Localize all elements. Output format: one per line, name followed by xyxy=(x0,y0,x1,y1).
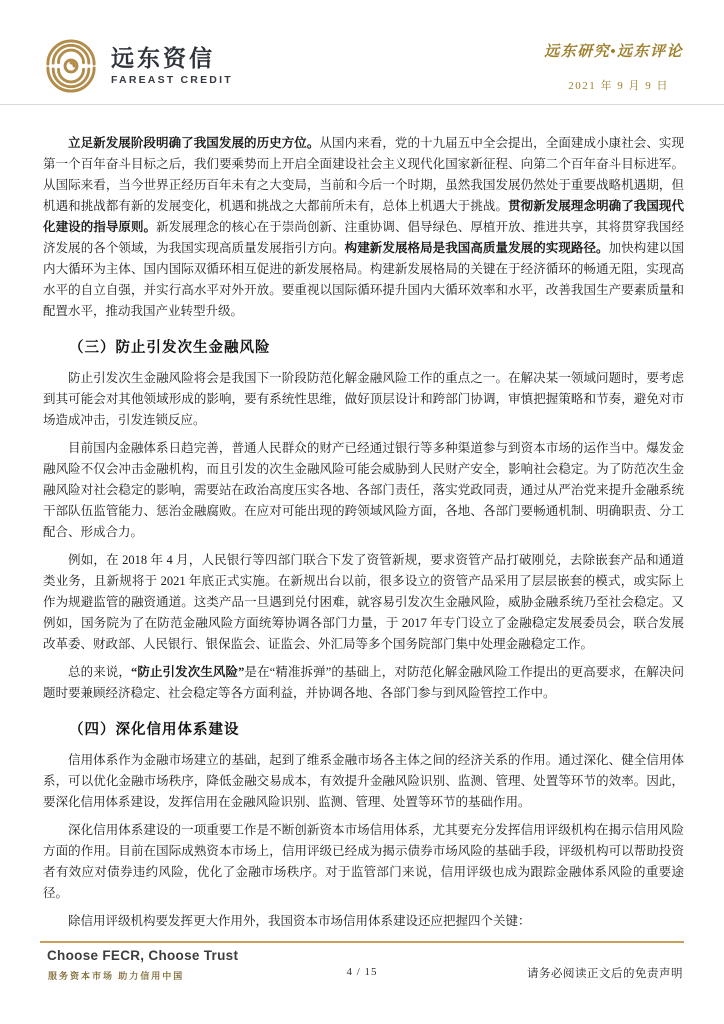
brand-text: 远东资信 FAREAST CREDIT xyxy=(111,46,233,85)
footer-slogan-en: Choose FECR, Choose Trust xyxy=(47,948,238,963)
paragraph-summary: 总的来说，“防止引发次生风险”是在“精准拆弹”的基础上，对防范化解金融风险工作提… xyxy=(43,662,684,704)
paragraph-secondary-risk-intro: 防止引发次生金融风险将会是我国下一阶段防范化解金融风险工作的重点之一。在解决某一… xyxy=(43,368,684,431)
paragraph-examples-2018-2017: 例如，在 2018 年 4 月，人民银行等四部门联合下发了资管新规，要求资管产品… xyxy=(43,550,684,655)
brand-name-cn: 远东资信 xyxy=(111,46,233,71)
header-divider xyxy=(0,104,724,105)
paragraph-four-keys: 除信用评级机构要发挥更大作用外，我国资本市场信用体系建设还应把握四个关键： xyxy=(43,911,684,932)
document-body: 立足新发展阶段明确了我国发展的历史方位。从国内来看，党的十九届五中全会提出，全面… xyxy=(43,133,684,939)
section-heading-4: （四）深化信用体系建设 xyxy=(43,720,684,741)
fareast-credit-logo-eye-icon xyxy=(44,39,98,93)
bold-run: 立足新发展阶段明确了我国发展的历史方位。 xyxy=(68,136,319,150)
report-series-title: 远东研究•远东评论 xyxy=(544,40,683,61)
paragraph-credit-system-basis: 信用体系作为金融市场建立的基础，起到了维系金融市场各主体之间的经济关系的作用。通… xyxy=(43,750,684,813)
footer-divider xyxy=(40,941,684,943)
document-page: 远东资信 FAREAST CREDIT 远东研究•远东评论 2021 年 9 月… xyxy=(0,0,724,1024)
brand: 远东资信 FAREAST CREDIT xyxy=(44,39,233,93)
bold-run: “防止引发次生风险” xyxy=(131,665,244,679)
page-header: 远东资信 FAREAST CREDIT 远东研究•远东评论 2021 年 9 月… xyxy=(44,34,683,98)
brand-name-en: FAREAST CREDIT xyxy=(111,74,233,86)
paragraph-financial-system: 目前国内金融体系日趋完善，普通人民群众的财产已经通过银行等多种渠道参与到资本市场… xyxy=(43,438,684,543)
header-right: 远东研究•远东评论 2021 年 9 月 9 日 xyxy=(544,40,683,93)
text-run: 总的来说， xyxy=(68,665,131,679)
bold-run: 构建新发展格局是我国高质量发展的实现路径。 xyxy=(345,241,609,255)
section-heading-3: （三）防止引发次生金融风险 xyxy=(43,338,684,359)
paragraph-new-development-stage: 立足新发展阶段明确了我国发展的历史方位。从国内来看，党的十九届五中全会提出，全面… xyxy=(43,133,684,322)
paragraph-credit-rating: 深化信用体系建设的一项重要工作是不断创新资本市场信用体系，尤其要充分发挥信用评级… xyxy=(43,820,684,904)
report-date: 2021 年 9 月 9 日 xyxy=(544,77,683,93)
footer-disclaimer: 请务必阅读正文后的免责声明 xyxy=(527,965,683,981)
